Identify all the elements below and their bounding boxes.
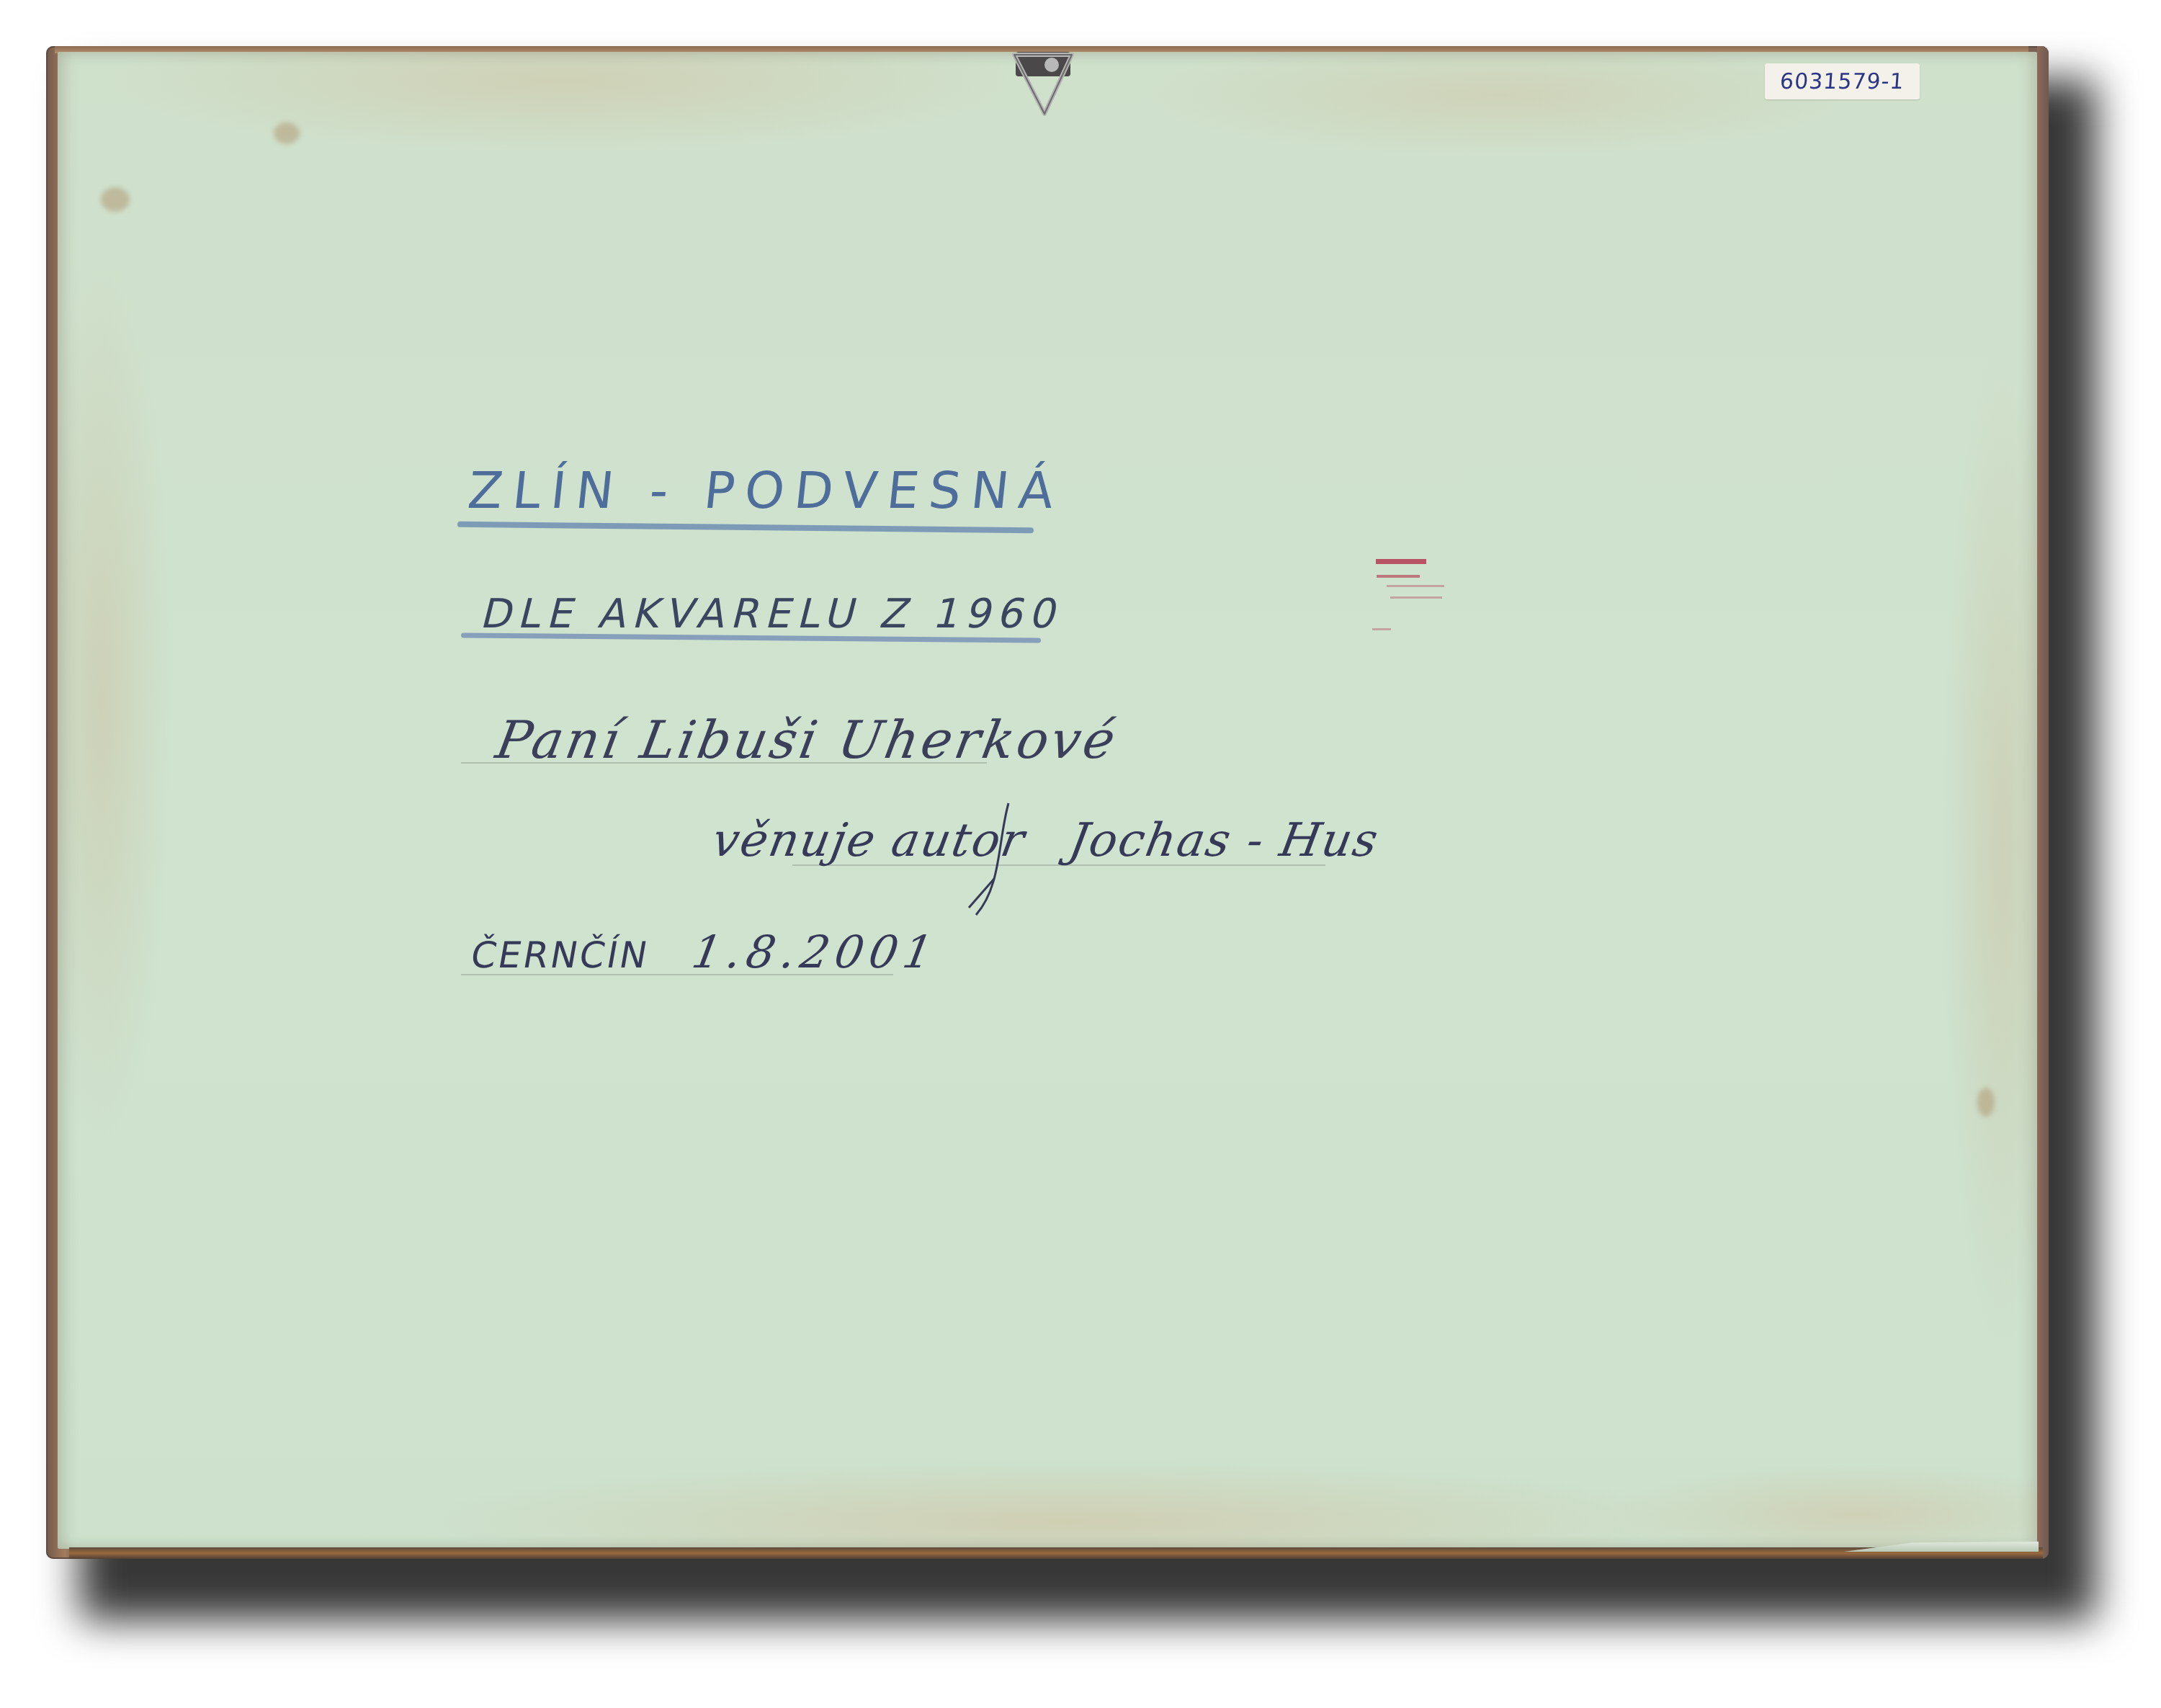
inscription-title: ZLÍN - PODVESNÁ [465, 461, 1067, 520]
inventory-number: 6031579-1 [1779, 69, 1905, 94]
triangle-hanger-icon [1007, 48, 1079, 120]
red-stamp-mark [1372, 547, 1451, 634]
stain [274, 122, 300, 144]
signature-flourish [965, 800, 1030, 922]
inscription-signature: věnuje autor Jochas - Hus [708, 814, 1383, 867]
stain [101, 187, 130, 212]
stain [1977, 1088, 1995, 1117]
signature-name: Jochas - Hus [1065, 814, 1383, 867]
backing-paper [58, 52, 2037, 1549]
date: 1.8.2001 [688, 926, 942, 978]
inventory-label: 6031579-1 [1765, 63, 1920, 99]
frame-right-edge [2037, 46, 2049, 1559]
inscription-dedication: Paní Libuši Uherkové [492, 710, 1123, 770]
inscription-place-date: ČERNČÍN1.8.2001 [467, 926, 943, 978]
inscription-subtitle: DLE AKVARELU Z 1960 [477, 591, 1070, 638]
place: ČERNČÍN [467, 934, 653, 976]
frame-bottom-edge [69, 1547, 2043, 1559]
